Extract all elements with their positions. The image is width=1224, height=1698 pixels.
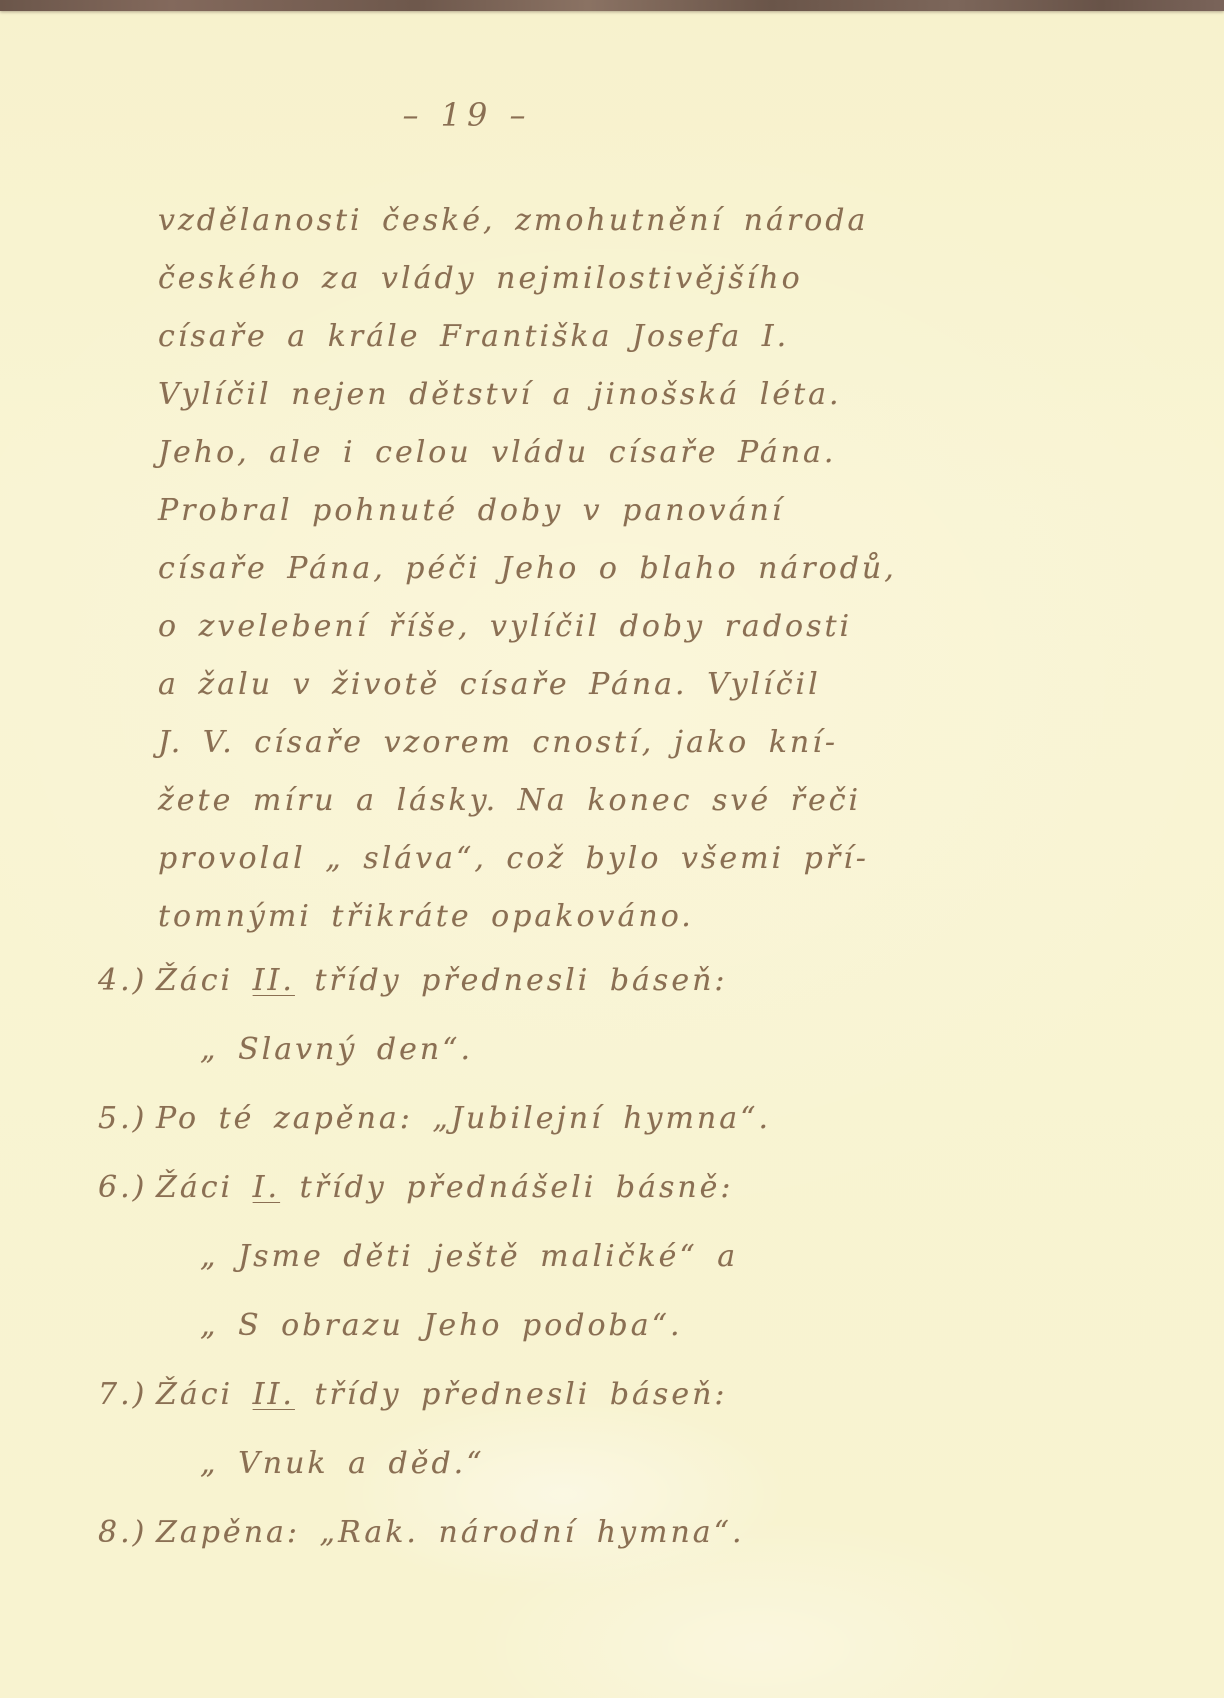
manuscript-quote-line: „ Slavný den“.	[0, 1015, 1224, 1084]
class-numeral: II.	[253, 1377, 295, 1412]
line-text: a žalu v životě císaře Pána. Vylíčil	[158, 667, 821, 702]
list-item-number: 6.)	[98, 1153, 156, 1222]
manuscript-line: Vylíčil nejen dětství a jinošská léta.	[0, 366, 1224, 424]
manuscript-line: českého za vlády nejmilostivějšího	[0, 250, 1224, 308]
manuscript-text: vzdělanosti české, zmohutnění národa čes…	[0, 192, 1224, 1567]
line-text: provolal „ sláva“, což bylo všemi pří-	[158, 841, 869, 876]
line-text: „ Jsme děti ještě maličké“ a	[200, 1239, 738, 1274]
list-item-number: 4.)	[98, 946, 156, 1015]
manuscript-list-item: 6.)Žáci I. třídy přednášeli básně:	[0, 1153, 1224, 1222]
line-text: o zvelebení říše, vylíčil doby radosti	[158, 609, 852, 644]
line-text: tomnými třikráte opakováno.	[158, 899, 694, 934]
line-text: „ Vnuk a děd.“	[200, 1446, 485, 1481]
manuscript-quote-line: „ S obrazu Jeho podoba“.	[0, 1291, 1224, 1360]
line-text-post: třídy přednesli báseň:	[295, 1377, 728, 1412]
line-text: „ S obrazu Jeho podoba“.	[200, 1308, 683, 1343]
line-text: vzdělanosti české, zmohutnění národa	[158, 203, 868, 238]
manuscript-line: a žalu v životě císaře Pána. Vylíčil	[0, 656, 1224, 714]
manuscript-line: císaře Pána, péči Jeho o blaho národů,	[0, 540, 1224, 598]
manuscript-quote-line: „ Vnuk a děd.“	[0, 1429, 1224, 1498]
line-text-pre: Žáci	[156, 1377, 253, 1412]
list-item-number: 5.)	[98, 1084, 156, 1153]
line-text: Jeho, ale i celou vládu císaře Pána.	[158, 435, 836, 470]
line-text: „ Slavný den“.	[200, 1032, 473, 1067]
page-number: – 19 –	[0, 96, 1224, 134]
manuscript-line: o zvelebení říše, vylíčil doby radosti	[0, 598, 1224, 656]
line-text: J. V. císaře vzorem cností, jako kní-	[158, 725, 838, 760]
manuscript-line: tomnými třikráte opakováno.	[0, 888, 1224, 946]
manuscript-line: císaře a krále Františka Josefa I.	[0, 308, 1224, 366]
manuscript-line: Jeho, ale i celou vládu císaře Pána.	[0, 424, 1224, 482]
line-text: císaře a krále Františka Josefa I.	[158, 319, 789, 354]
line-text-pre: Žáci	[156, 963, 253, 998]
book-binding-edge	[0, 0, 1224, 11]
line-text-post: třídy přednášeli básně:	[280, 1170, 733, 1205]
line-text: Žáci II. třídy přednesli báseň:	[156, 963, 728, 998]
manuscript-line: vzdělanosti české, zmohutnění národa	[0, 192, 1224, 250]
manuscript-quote-line: „ Jsme děti ještě maličké“ a	[0, 1222, 1224, 1291]
manuscript-line: Probral pohnuté doby v panování	[0, 482, 1224, 540]
class-numeral: I.	[253, 1170, 280, 1205]
list-item-number: 8.)	[98, 1498, 156, 1567]
manuscript-line: žete míru a lásky. Na konec své řeči	[0, 772, 1224, 830]
manuscript-line: J. V. císaře vzorem cností, jako kní-	[0, 714, 1224, 772]
line-text: českého za vlády nejmilostivějšího	[158, 261, 803, 296]
list-item-number: 7.)	[98, 1360, 156, 1429]
line-text: Probral pohnuté doby v panování	[158, 493, 784, 528]
manuscript-list-item: 4.)Žáci II. třídy přednesli báseň:	[0, 946, 1224, 1015]
manuscript-list-item: 7.)Žáci II. třídy přednesli báseň:	[0, 1360, 1224, 1429]
line-text: císaře Pána, péči Jeho o blaho národů,	[158, 551, 897, 586]
line-text: Po té zapěna: „Jubilejní hymna“.	[156, 1101, 771, 1136]
line-text: Žáci II. třídy přednesli báseň:	[156, 1377, 728, 1412]
manuscript-page: – 19 – vzdělanosti české, zmohutnění nár…	[0, 0, 1224, 1698]
line-text: Žáci I. třídy přednášeli básně:	[156, 1170, 734, 1205]
line-text-post: třídy přednesli báseň:	[295, 963, 728, 998]
line-text: Vylíčil nejen dětství a jinošská léta.	[158, 377, 842, 412]
line-text: Zapěna: „Rak. národní hymna“.	[156, 1515, 745, 1550]
manuscript-list-item: 8.)Zapěna: „Rak. národní hymna“.	[0, 1498, 1224, 1567]
manuscript-line: provolal „ sláva“, což bylo všemi pří-	[0, 830, 1224, 888]
class-numeral: II.	[253, 963, 295, 998]
manuscript-list-item: 5.)Po té zapěna: „Jubilejní hymna“.	[0, 1084, 1224, 1153]
line-text-pre: Žáci	[156, 1170, 253, 1205]
line-text: žete míru a lásky. Na konec své řeči	[158, 783, 861, 818]
